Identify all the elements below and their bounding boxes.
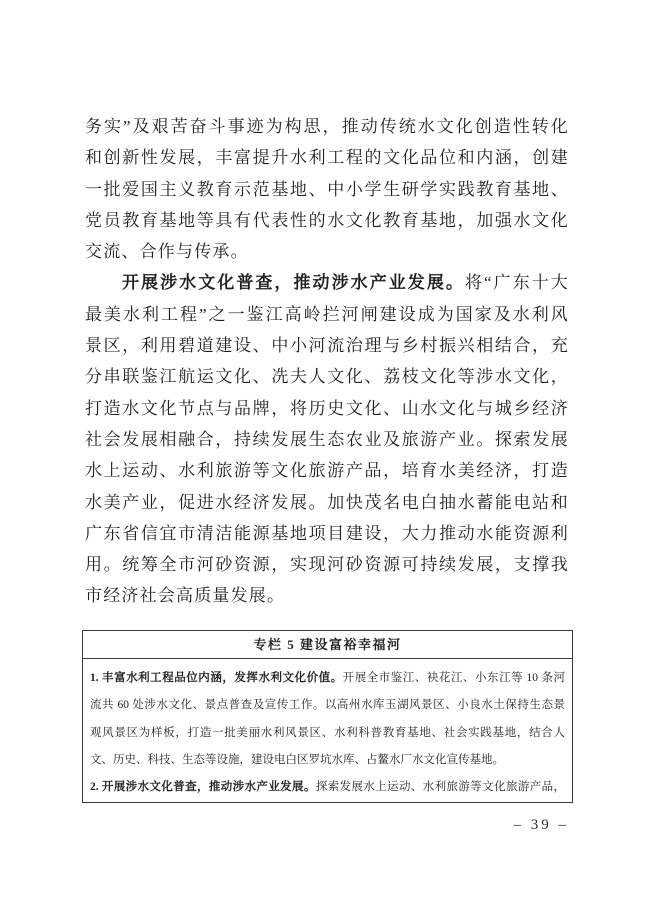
text-segment: 市经济社会高质量发展。 (85, 586, 285, 605)
text-line: 打造水文化节点与品牌，将历史文化、山水文化与城乡经济 (85, 393, 569, 424)
text-segment: 开展全市鉴江、袂花江、小东江等 10 条河 (343, 672, 565, 684)
text-line: 社会发展相融合，持续发展生态农业及旅游产业。探索发展 (85, 424, 569, 455)
text-line: 景区，利用碧道建设、中小河流治理与乡村振兴相结合，充 (85, 330, 569, 361)
document-page: 务实”及艰苦奋斗事迹为构思，推动传统水文化创造性转化和创新性发展，丰富提升水利工… (0, 0, 650, 919)
column-box-title: 专栏 5 建设富裕幸福河 (83, 631, 572, 659)
text-line: 水美产业，促进水经济发展。加快茂名电白抽水蓄能电站和 (85, 487, 569, 518)
text-line: 水上运动、水利旅游等文化旅游产品，培育水美经济，打造 (85, 455, 569, 486)
text-segment: 水美产业，促进水经济发展。加快茂名电白抽水蓄能电站和 (85, 493, 569, 512)
text-line: 1. 丰富水利工程品位内涵，发挥水利文化价值。开展全市鉴江、袂花江、小东江等 1… (90, 665, 565, 692)
text-line: 广东省信宜市清洁能源基地项目建设，大力推动水能资源利 (85, 518, 569, 549)
text-segment: 分串联鉴江航运文化、冼夫人文化、荔枝文化等涉水文化， (85, 367, 569, 386)
text-segment: 文、历史、科技、生态等设施，建设电白区罗坑水库、占鳌水厂水文化宣传基地。 (90, 754, 504, 766)
text-segment: 最美水利工程”之一鉴江高岭拦河闸建设成为国家及水利风 (85, 305, 569, 324)
text-segment: 和创新性发展，丰富提升水利工程的文化品位和内涵，创建 (85, 148, 569, 167)
text-segment-bold: 2. 开展涉水文化普查，推动涉水产业发展。 (90, 781, 316, 793)
text-line: 务实”及艰苦奋斗事迹为构思，推动传统水文化创造性转化 (85, 111, 569, 142)
text-line: 和创新性发展，丰富提升水利工程的文化品位和内涵，创建 (85, 142, 569, 173)
text-segment: 交流、合作与传承。 (85, 242, 249, 261)
column-box: 专栏 5 建设富裕幸福河 1. 丰富水利工程品位内涵，发挥水利文化价值。开展全市… (82, 630, 573, 803)
text-line: 用。统筹全市河砂资源，实现河砂资源可持续发展，支撑我 (85, 549, 569, 580)
text-segment: 社会发展相融合，持续发展生态农业及旅游产业。探索发展 (85, 430, 569, 449)
text-segment: 用。统筹全市河砂资源，实现河砂资源可持续发展，支撑我 (85, 555, 569, 574)
text-segment: 流共 60 处涉水文化、景点普查及宣传工作。以高州水库玉湖风景区、小良水土保持生… (90, 699, 565, 711)
text-segment: 水上运动、水利旅游等文化旅游产品，培育水美经济，打造 (85, 461, 569, 480)
text-line: 最美水利工程”之一鉴江高岭拦河闸建设成为国家及水利风 (85, 299, 569, 330)
text-line: 2. 开展涉水文化普查，推动涉水产业发展。探索发展水上运动、水利旅游等文化旅游产… (90, 774, 565, 801)
text-segment-bold: 1. 丰富水利工程品位内涵，发挥水利文化价值。 (90, 672, 343, 684)
text-line: 文、历史、科技、生态等设施，建设电白区罗坑水库、占鳌水厂水文化宣传基地。 (90, 747, 565, 774)
text-line: 一批爱国主义教育示范基地、中小学生研学实践教育基地、 (85, 174, 569, 205)
text-segment: 将“广东十大 (465, 273, 569, 292)
text-line: 党员教育基地等具有代表性的水文化教育基地，加强水文化 (85, 205, 569, 236)
text-line: 流共 60 处涉水文化、景点普查及宣传工作。以高州水库玉湖风景区、小良水土保持生… (90, 692, 565, 719)
text-segment-bold: 开展涉水文化普查，推动涉水产业发展。 (122, 273, 465, 292)
text-line: 交流、合作与传承。 (85, 236, 569, 267)
text-segment: 党员教育基地等具有代表性的水文化教育基地，加强水文化 (85, 211, 569, 230)
text-segment: 广东省信宜市清洁能源基地项目建设，大力推动水能资源利 (85, 524, 569, 543)
text-segment: 景区，利用碧道建设、中小河流治理与乡村振兴相结合，充 (85, 336, 569, 355)
column-box-body: 1. 丰富水利工程品位内涵，发挥水利文化价值。开展全市鉴江、袂花江、小东江等 1… (83, 659, 572, 802)
text-segment: 打造水文化节点与品牌，将历史文化、山水文化与城乡经济 (85, 399, 569, 418)
page-number: – 39 – (514, 817, 570, 834)
text-line: 观风景区为样板，打造一批美丽水利风景区、水利科普教育基地、社会实践基地，结合人 (90, 720, 565, 747)
text-segment: 一批爱国主义教育示范基地、中小学生研学实践教育基地、 (85, 180, 569, 199)
text-line: 开展涉水文化普查，推动涉水产业发展。将“广东十大 (85, 267, 569, 298)
text-segment: 务实”及艰苦奋斗事迹为构思，推动传统水文化创造性转化 (85, 117, 569, 136)
text-line: 市经济社会高质量发展。 (85, 580, 569, 611)
text-line: 分串联鉴江航运文化、冼夫人文化、荔枝文化等涉水文化， (85, 361, 569, 392)
text-segment: 探索发展水上运动、水利旅游等文化旅游产品， (316, 781, 565, 793)
body-text: 务实”及艰苦奋斗事迹为构思，推动传统水文化创造性转化和创新性发展，丰富提升水利工… (85, 111, 569, 612)
text-segment: 观风景区为样板，打造一批美丽水利风景区、水利科普教育基地、社会实践基地，结合人 (90, 727, 565, 739)
